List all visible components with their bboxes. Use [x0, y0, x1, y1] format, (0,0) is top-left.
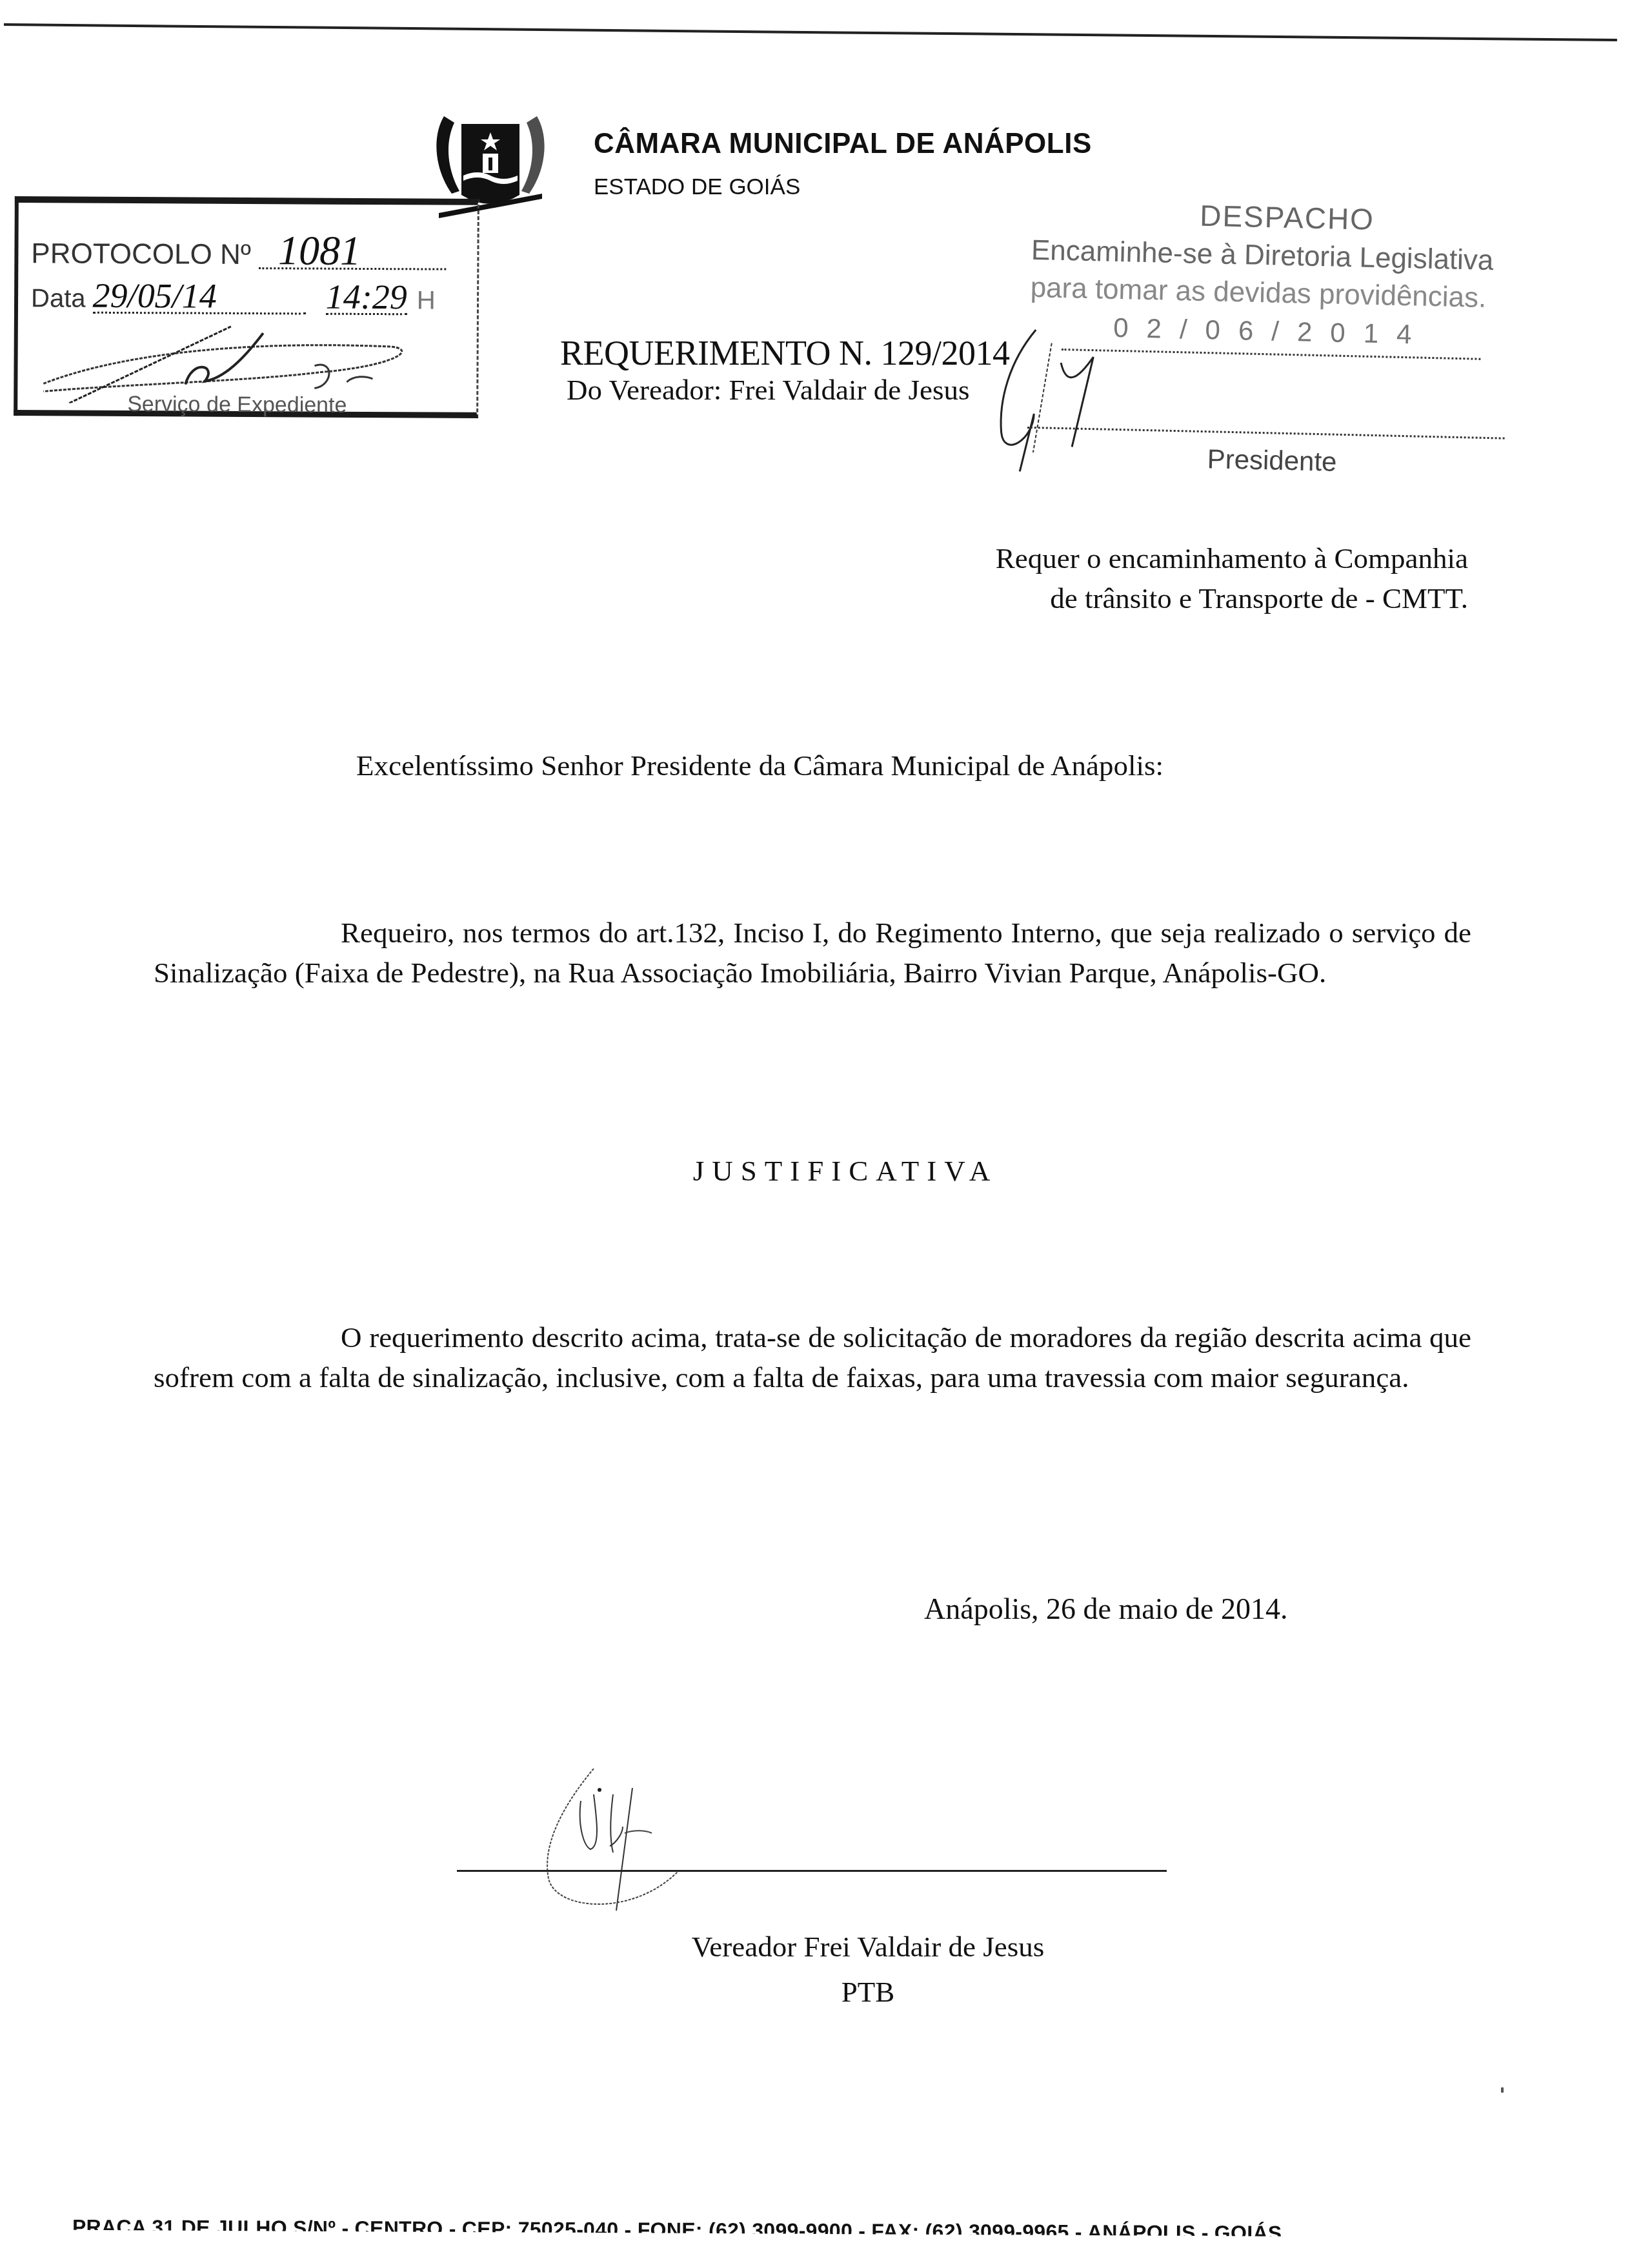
- signer-party: PTB: [0, 1975, 1652, 2009]
- protocol-number-row: PROTOCOLO Nº 1081: [31, 232, 446, 272]
- protocol-date-row: Data 29/05/14 14:29 H: [31, 279, 436, 315]
- councilor-signature: [452, 1769, 1174, 1923]
- signature-line: [457, 1870, 1167, 1872]
- ementa-line-1: Requer o encaminhamento à Companhia: [823, 538, 1468, 578]
- protocol-hour-label: H: [417, 286, 436, 314]
- salutation: Excelentíssimo Senhor Presidente da Câma…: [356, 749, 1163, 782]
- protocol-date: 29/05/14: [93, 279, 306, 315]
- despacho-title: DESPACHO: [1200, 198, 1375, 237]
- despacho-role: Presidente: [1207, 443, 1337, 478]
- protocol-service-label: Serviço de Expediente: [127, 392, 347, 418]
- footer-address: PRAÇA 31 DE JULHO S/Nº - CENTRO - CEP: 7…: [72, 2215, 1569, 2247]
- despacho-line-1: Encaminhe-se à Diretoria Legislativa: [1031, 234, 1494, 277]
- request-paragraph-text: Requeiro, nos termos do art.132, Inciso …: [154, 917, 1471, 989]
- scan-top-rule: [4, 23, 1617, 41]
- justification-paragraph-text: O requerimento descrito acima, trata-se …: [154, 1321, 1471, 1394]
- justification-heading: JUSTIFICATIVA: [0, 1154, 1652, 1188]
- despacho-stamp: DESPACHO Encaminhe-se à Diretoria Legisl…: [1000, 194, 1549, 483]
- justification-paragraph: O requerimento descrito acima, trata-se …: [154, 1317, 1471, 1397]
- ementa: Requer o encaminhamento à Companhia de t…: [823, 538, 1468, 618]
- request-paragraph: Requeiro, nos termos do art.132, Inciso …: [154, 913, 1471, 993]
- signer-name: Vereador Frei Valdair de Jesus: [0, 1930, 1652, 1964]
- signature-block: [452, 1769, 1174, 1923]
- scan-speck: [1501, 2087, 1504, 2093]
- protocol-time: 14:29: [326, 281, 407, 316]
- document-author: Do Vereador: Frei Valdair de Jesus: [567, 373, 969, 407]
- organization-state: ESTADO DE GOIÁS: [594, 174, 800, 200]
- despacho-date: 02/06/2014: [1113, 312, 1430, 350]
- despacho-line-2: para tomar as devidas providências.: [1030, 272, 1487, 314]
- protocol-number: 1081: [259, 234, 446, 270]
- document-title: REQUERIMENTO N. 129/2014: [560, 333, 1010, 373]
- president-signature: [994, 323, 1107, 474]
- despacho-date-line: [1062, 349, 1481, 360]
- ementa-line-2: de trânsito e Transporte de - CMTT.: [823, 578, 1468, 618]
- dateline: Anápolis, 26 de maio de 2014.: [924, 1592, 1287, 1626]
- organization-name: CÂMARA MUNICIPAL DE ANÁPOLIS: [594, 128, 1092, 160]
- protocol-label: PROTOCOLO Nº: [31, 238, 251, 270]
- protocol-stamp: PROTOCOLO Nº 1081 Data 29/05/14 14:29 H …: [14, 196, 479, 418]
- protocol-date-label: Data: [31, 284, 86, 312]
